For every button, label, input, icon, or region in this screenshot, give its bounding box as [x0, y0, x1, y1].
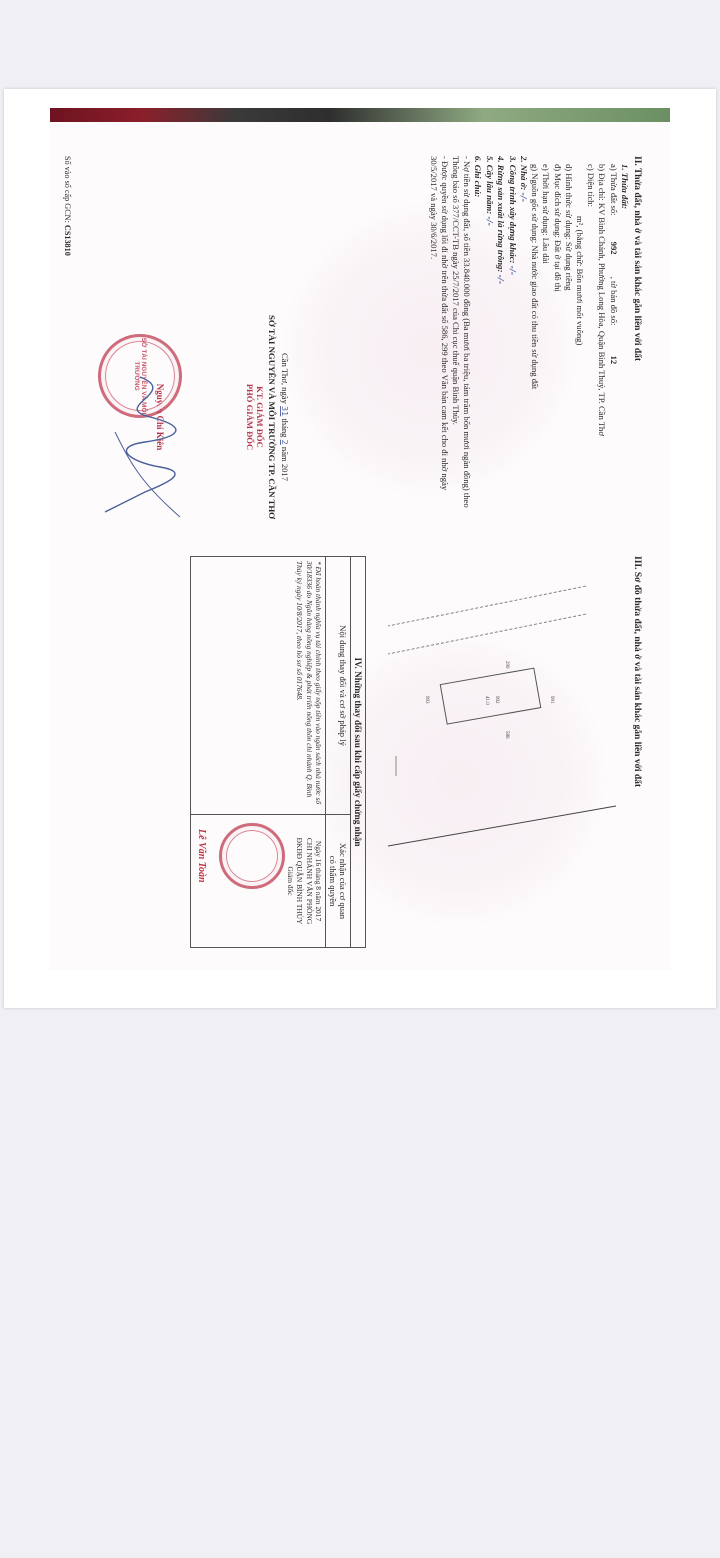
- column-header-content: Nội dung thay đổi và cơ sở pháp lý: [326, 557, 351, 815]
- notes-heading: 6. Ghi chú:: [472, 156, 483, 532]
- parcel-diagram: 992 41.0 586 299 993 991: [376, 556, 626, 950]
- change-confirmation: Ngày 16 tháng 8 năm 2017 CHI NHÁNH VĂN P…: [191, 815, 326, 948]
- table-row: * Đã hoàn thành nghĩa vụ tài chính theo …: [191, 557, 326, 948]
- svg-text:992: 992: [494, 696, 499, 704]
- signer-role-deputy: PHÓ GIÁM ĐỐC: [245, 292, 255, 542]
- confirm-signer-name: Lê Văn Toàn: [197, 829, 206, 883]
- issuing-organization: SỞ TÀI NGUYÊN VÀ MÔI TRƯỜNG TP. CẦN THƠ: [267, 292, 277, 542]
- note-item: - Nợ tiền sử dụng đất, số tiền 33.840.00…: [450, 156, 472, 526]
- parcel-map-drawing: 992 41.0 586 299 993 991: [376, 556, 626, 950]
- signer-role: KT. GIÁM ĐỐC: [255, 292, 265, 542]
- note-item: - Được quyền sử dụng lối đi nhờ trên thử…: [428, 156, 450, 526]
- signing-date: Cần Thơ, ngày 31 tháng 2 năm 2017: [280, 292, 290, 542]
- forest-item: 4. Rừng sản xuất là rừng trồng: -/-: [495, 156, 506, 532]
- changes-table-title: IV. Những thay đổi sau khi cấp giấy chứn…: [351, 557, 366, 948]
- land-usage-purpose: đ) Mục đích sử dụng: Đất ở tại đô thị: [551, 156, 562, 532]
- land-usage-origin: g) Nguồn gốc sử dụng: Nhà nước giao đất …: [529, 156, 540, 532]
- change-content: * Đã hoàn thành nghĩa vụ tài chính theo …: [191, 557, 326, 815]
- land-parcel-number: a) Thửa đất số: 992 , tờ bản đồ số: 12: [607, 156, 618, 532]
- land-area-value: m², (bằng chữ: Bốn mươi mốt vuông): [574, 156, 585, 532]
- page-left: II. Thửa đất, nhà ở và tài sản khác gắn …: [50, 122, 670, 542]
- land-area-label: c) Diện tích:: [585, 156, 596, 532]
- svg-text:41.0: 41.0: [484, 696, 489, 705]
- document-scan-container: II. Thửa đất, nhà ở và tài sản khác gắn …: [50, 110, 670, 970]
- branch-office-stamp: [219, 823, 285, 889]
- land-certificate-scan: II. Thửa đất, nhà ở và tài sản khác gắn …: [50, 110, 670, 970]
- svg-text:993: 993: [424, 696, 429, 704]
- land-usage-form: d) Hình thức sử dụng: Sử dụng riêng: [563, 156, 574, 532]
- land-heading: 1. Thửa đất:: [619, 156, 630, 532]
- other-construction-item: 3. Công trình xây dựng khác: -/-: [506, 156, 517, 532]
- column-header-confirm: Xác nhận của cơ quan có thẩm quyền: [326, 815, 351, 948]
- svg-text:586: 586: [504, 731, 509, 739]
- house-item: 2. Nhà ở: -/-: [518, 156, 529, 532]
- page-right: III. Sơ đồ thửa đất, nhà ở và tài sản kh…: [50, 542, 670, 970]
- book-cover-edge: [50, 108, 670, 122]
- section-ii-title: II. Thửa đất, nhà ở và tài sản khác gắn …: [632, 156, 642, 532]
- perennial-item: 5. Cây lâu năm: -/-: [483, 156, 494, 532]
- svg-text:299: 299: [504, 661, 509, 669]
- land-address: b) Địa chỉ: KV Bình Chánh, Phường Long H…: [596, 156, 607, 532]
- registration-number: Số vào sổ cấp GCN: CS13810: [63, 156, 72, 256]
- changes-table: IV. Những thay đổi sau khi cấp giấy chứn…: [190, 556, 366, 948]
- svg-text:991: 991: [549, 696, 554, 704]
- section-iii-title: III. Sơ đồ thửa đất, nhà ở và tài sản kh…: [632, 556, 642, 950]
- land-usage-term: e) Thời hạn sử dụng: Lâu dài: [540, 156, 551, 532]
- handwritten-signature: [100, 372, 200, 522]
